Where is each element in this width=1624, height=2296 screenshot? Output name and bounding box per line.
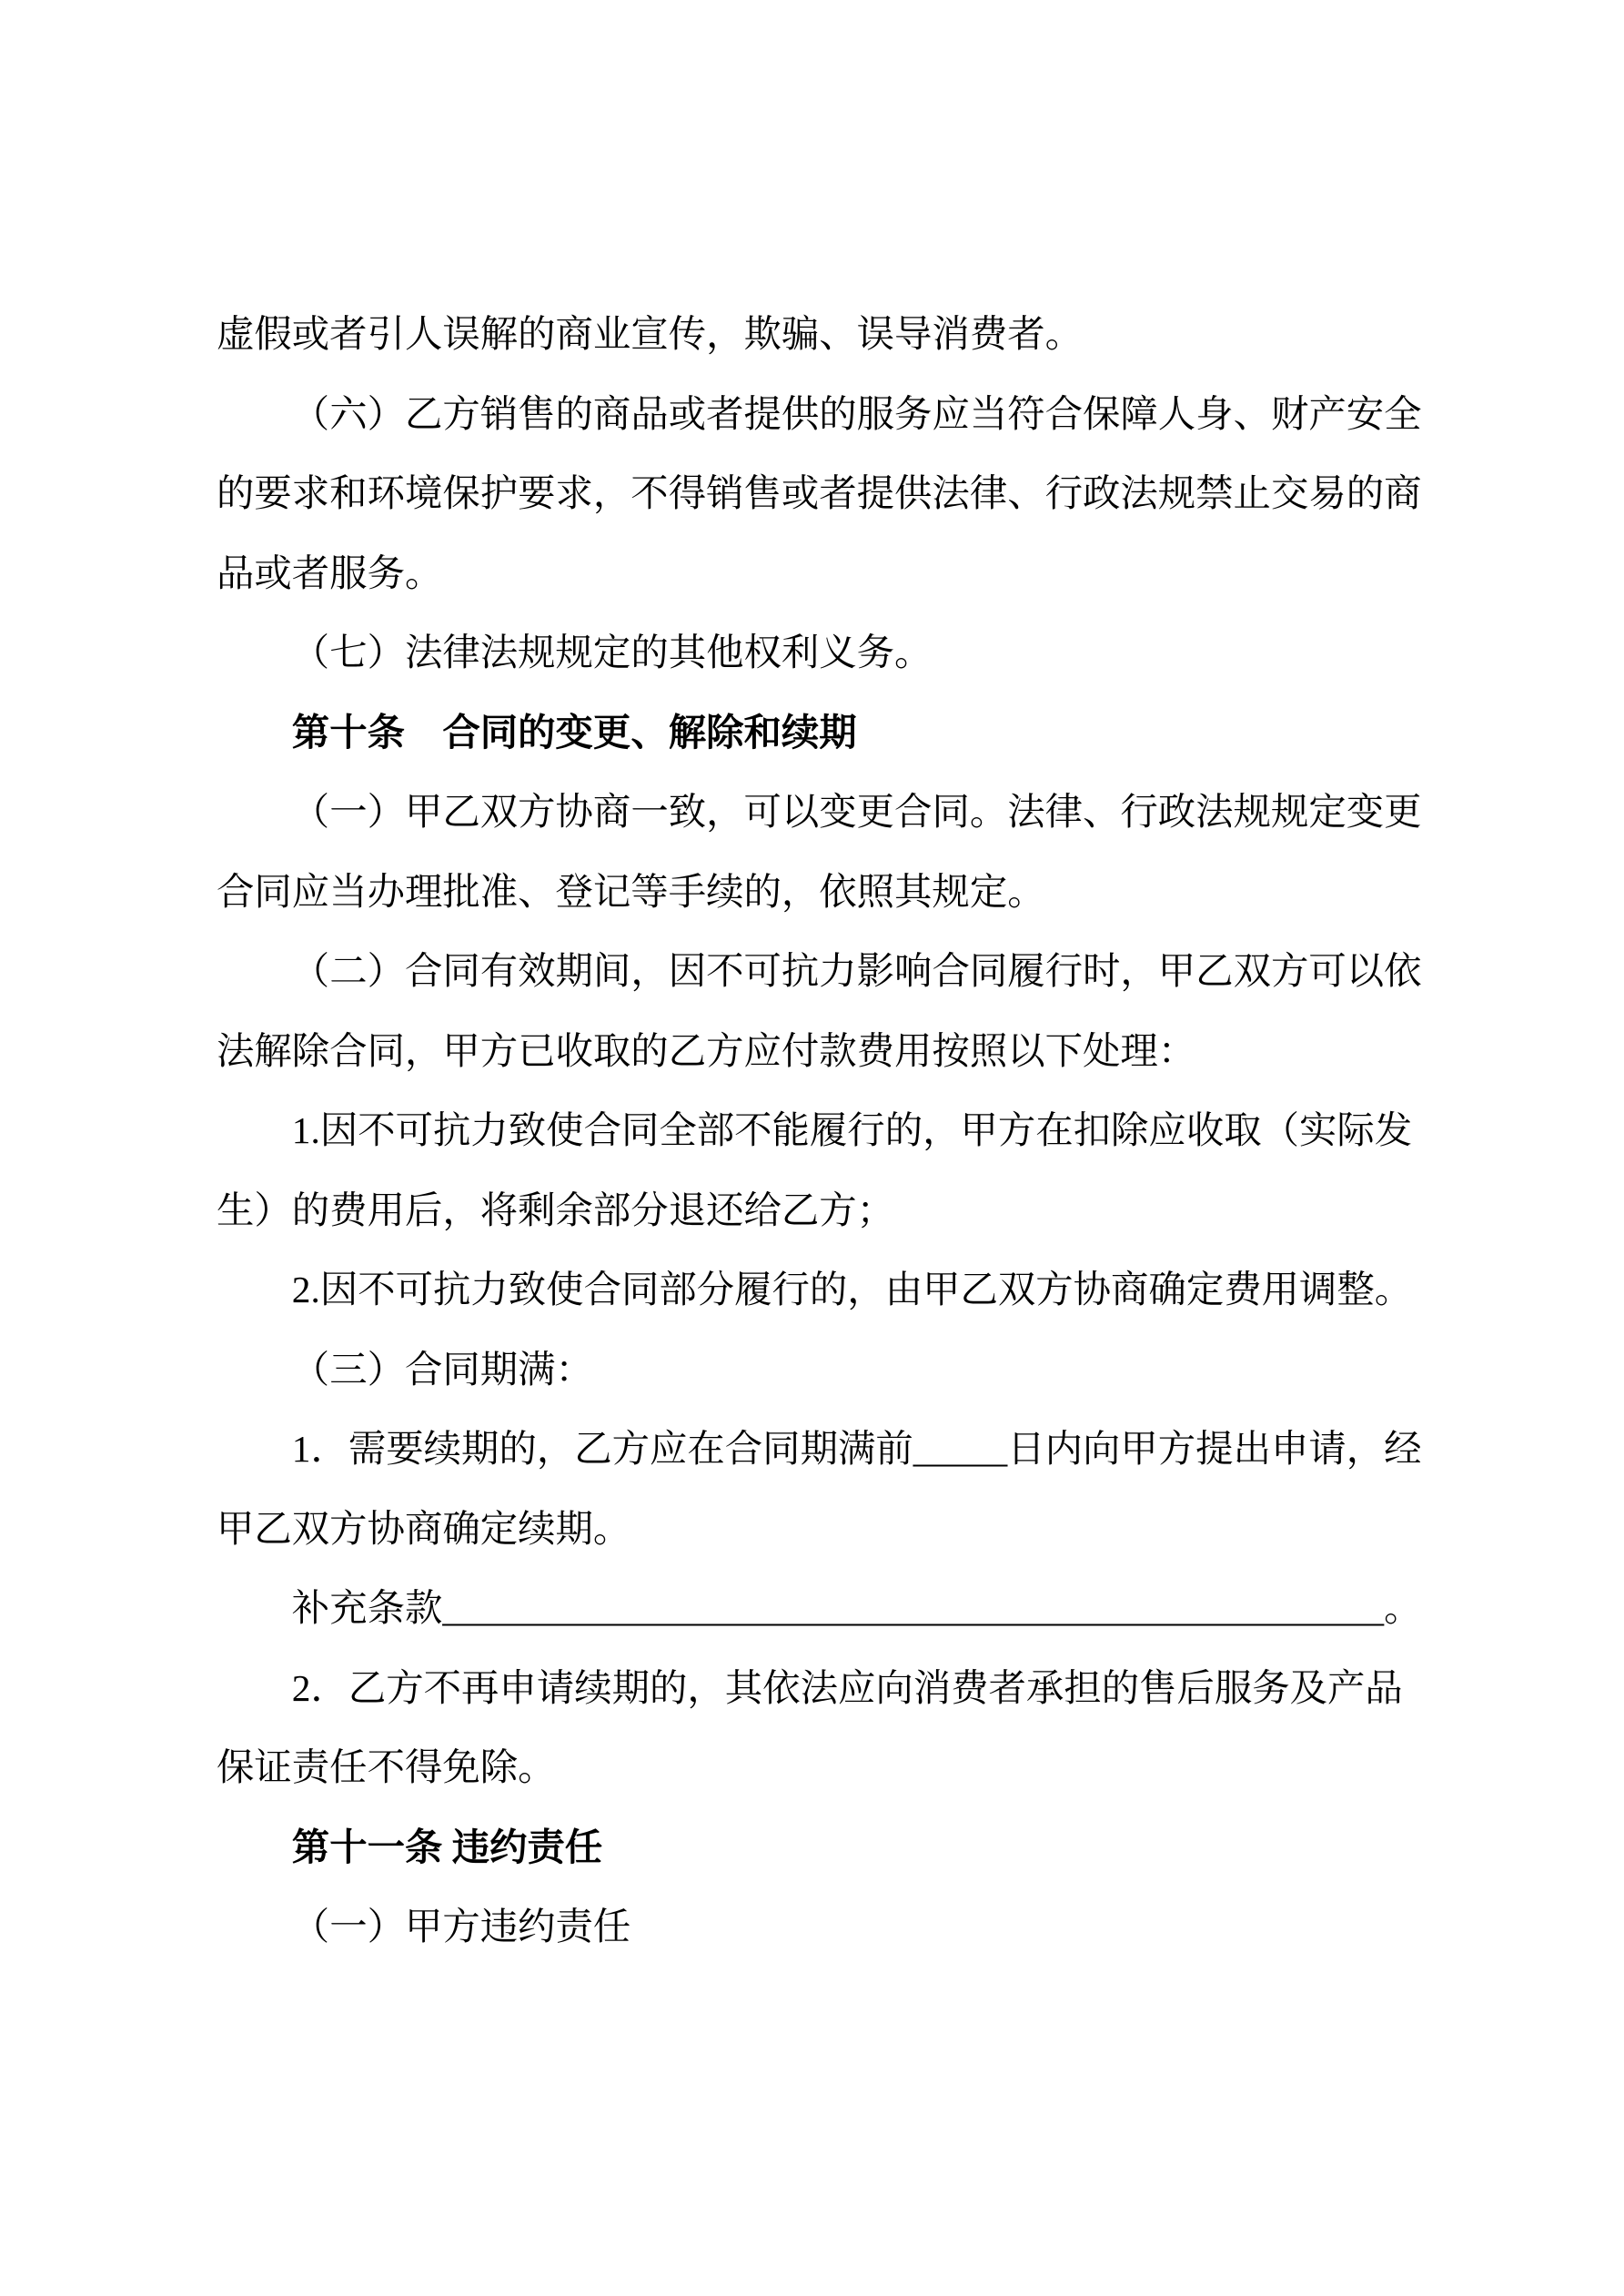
- document-page: 虚假或者引人误解的商业宣传，欺骗、误导消费者。 （六）乙方销售的商品或者提供的服…: [0, 0, 1624, 2296]
- clause-item-6-continuation-2: 品或者服务。: [217, 534, 1427, 614]
- clause-item-6: （六）乙方销售的商品或者提供的服务应当符合保障人身、财产安全: [217, 375, 1427, 455]
- article-10-heading: 第十条 合同的变更、解除和续期: [217, 693, 1427, 774]
- article-10-item-1-continuation: 合同应当办理批准、登记等手续的，依照其规定。: [217, 853, 1427, 933]
- paragraph-continuation-consumer-protection: 虚假或者引人误解的商业宣传，欺骗、误导消费者。: [217, 295, 1427, 375]
- article-10-sub-item-1-continuation: 生）的费用后，将剩余部分退还给乙方；: [217, 1171, 1427, 1251]
- clause-item-6-continuation-1: 的要求和环境保护要求，不得销售或者提供法律、行政法规禁止交易的商: [217, 454, 1427, 534]
- article-10-item-2-continuation: 法解除合同，甲方已收取的乙方应付款费用按照以下处理：: [217, 1012, 1427, 1092]
- article-10-item-2: （二）合同有效期间，因不可抗力影响合同履行时，甲乙双方可以依: [217, 932, 1427, 1012]
- article-10-sub-item-1: 1.因不可抗力致使合同全部不能履行的，甲方在扣除应收取（实际发: [217, 1091, 1427, 1171]
- article-10-sub-item-2: 2.因不可抗力致使合同部分履行的，由甲乙双方协商确定费用调整。: [217, 1250, 1427, 1330]
- supplementary-terms-blank-line: 补充条款____________________________________…: [217, 1569, 1427, 1649]
- renewal-sub-item-2-continuation: 保证责任不得免除。: [217, 1728, 1427, 1808]
- article-11-heading: 第十一条 违约责任: [217, 1808, 1427, 1888]
- article-11-item-1: （一）甲方违约责任: [217, 1887, 1427, 1967]
- renewal-sub-item-2: 2．乙方不再申请续期的，其依法应向消费者承担的售后服务及产品: [217, 1649, 1427, 1729]
- renewal-sub-item-1-with-blank: 1．需要续期的，乙方应在合同期满前_____日内向甲方提出申请，经: [217, 1410, 1427, 1490]
- article-10-item-3: （三）合同期满：: [217, 1330, 1427, 1411]
- document-body: 虚假或者引人误解的商业宣传，欺骗、误导消费者。 （六）乙方销售的商品或者提供的服…: [217, 295, 1427, 1967]
- clause-item-7: （七）法律法规规定的其他权利义务。: [217, 613, 1427, 693]
- renewal-sub-item-1-continuation: 甲乙双方协商确定续期。: [217, 1490, 1427, 1570]
- article-10-item-1: （一）甲乙双方协商一致，可以变更合同。法律、行政法规规定变更: [217, 773, 1427, 853]
